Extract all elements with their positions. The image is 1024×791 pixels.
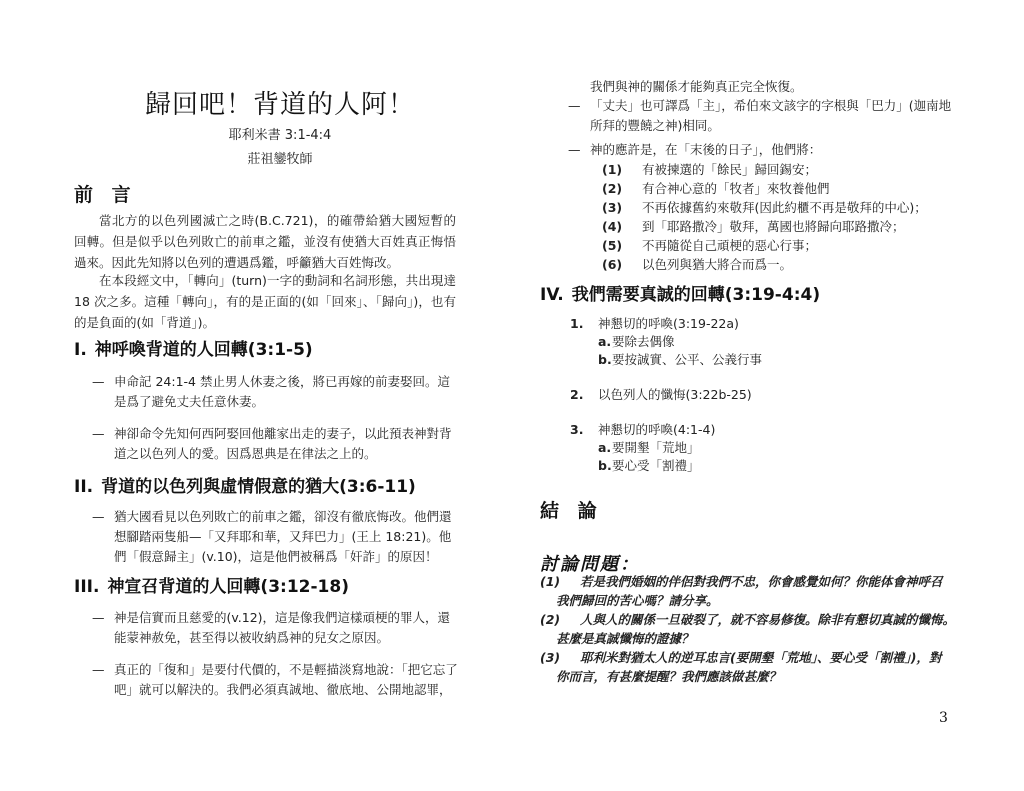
promise-item: (1)有被揀選的「餘民」歸回錫安； bbox=[602, 160, 972, 179]
discussion-questions: (1)若是我們婚姻的伴侶對我們不忠，你會感覺如何？你能体會神呼召 我們歸回的苦心… bbox=[540, 572, 960, 686]
section-1-item-1: — 申命記 24:1-4 禁止男人休妻之後，將已再嫁的前妻娶回。這是爲了避免丈夫… bbox=[92, 372, 458, 412]
section-1-number: I. bbox=[74, 340, 87, 360]
conclusion-heading: 結 論 bbox=[540, 496, 603, 523]
intro-paragraph-1: 當北方的以色列國滅亡之時(B.C.721)，的確帶給猶大國短暫的回轉。但是似乎以… bbox=[74, 210, 456, 273]
section-3-number: III. bbox=[74, 577, 99, 597]
intro-paragraph-2: 在本段經文中，「轉向」(turn)一字的動詞和名詞形態，共出現達 18 次之多。… bbox=[74, 270, 456, 333]
promise-item: (4)到「耶路撒冷」敬拜，萬國也將歸向耶路撒冷； bbox=[602, 217, 972, 236]
section-2-heading: II.背道的以色列與虛情假意的猶大(3:6-11) bbox=[74, 472, 416, 497]
dash-icon: — bbox=[92, 424, 105, 444]
page-number: 3 bbox=[939, 710, 948, 726]
section-4-point-1: 1.神懇切的呼喚(3:19-22a) a.要除去偶像 b.要按誠實、公平、公義行… bbox=[570, 314, 950, 369]
section-4-title: 我們需要真誠的回轉(3:19-4:4) bbox=[572, 285, 820, 305]
section-3-title: 神宣召背道的人回轉(3:12-18) bbox=[107, 577, 349, 597]
section-2-title: 背道的以色列與虛情假意的猶大(3:6-11) bbox=[101, 477, 416, 497]
section-1-heading: I.神呼喚背道的人回轉(3:1-5) bbox=[74, 335, 313, 360]
section-4-number: IV. bbox=[540, 285, 564, 305]
dash-icon: — bbox=[568, 96, 581, 116]
promise-item: (5)不再隨從自己頑梗的惡心行事； bbox=[602, 236, 972, 255]
right-item-2: — 神的應許是，在「末後的日子」，他們將： bbox=[568, 140, 960, 160]
promises-list: (1)有被揀選的「餘民」歸回錫安； (2)有合神心意的「牧者」來牧養他們 (3)… bbox=[602, 160, 972, 274]
promise-item: (6)以色列與猶大將合而爲一。 bbox=[602, 255, 972, 274]
section-4-point-3: 3.神懇切的呼喚(4:1-4) a.要開墾「荒地」 b.要心受「割禮」 bbox=[570, 420, 950, 475]
section-1-title: 神呼喚背道的人回轉(3:1-5) bbox=[95, 340, 313, 360]
promise-item: (2)有合神心意的「牧者」來牧養他們 bbox=[602, 179, 972, 198]
intro-heading: 前 言 bbox=[74, 180, 137, 207]
continuation-text: 我們與神的關係才能夠真正完全恢復。 bbox=[590, 76, 960, 97]
section-2-number: II. bbox=[74, 477, 93, 497]
section-4-point-2: 2.以色列人的懺悔(3:22b-25) bbox=[570, 385, 950, 404]
document-title: 歸回吧！背道的人阿！ bbox=[120, 84, 440, 121]
dash-icon: — bbox=[92, 608, 105, 628]
dash-icon: — bbox=[92, 660, 105, 680]
right-item-1: — 「丈夫」也可譯爲「主」，希伯來文該字的字根與「巴力」(迦南地所拜的豐饒之神)… bbox=[568, 96, 960, 136]
section-2-item-1: — 猶大國看見以色列敗亡的前車之鑑，卻沒有徹底悔改。他們還想腳踏兩隻船—「又拜耶… bbox=[92, 507, 458, 567]
discussion-question-2: (2)人與人的關係一旦破裂了，就不容易修復。除非有懇切真誠的懺悔。 甚麼是真誠懺… bbox=[540, 610, 960, 648]
section-3-heading: III.神宣召背道的人回轉(3:12-18) bbox=[74, 572, 349, 597]
promise-item: (3)不再依據舊約來敬拜(因此約櫃不再是敬拜的中心)； bbox=[602, 198, 972, 217]
section-3-item-1: — 神是信實而且慈愛的(v.12)，這是像我們這樣頑梗的罪人，還能蒙神赦免，甚至… bbox=[92, 608, 458, 648]
discussion-question-3: (3)耶利米對猶太人的逆耳忠言(要開墾「荒地」、要心受「割禮」)，對 你而言，有… bbox=[540, 648, 960, 686]
dash-icon: — bbox=[92, 372, 105, 392]
section-1-item-2: — 神卻命令先知何西阿娶回他離家出走的妻子，以此預表神對背道之以色列人的愛。因爲… bbox=[92, 424, 458, 464]
dash-icon: — bbox=[568, 140, 581, 160]
section-4-heading: IV.我們需要真誠的回轉(3:19-4:4) bbox=[540, 280, 820, 305]
speaker-name: 莊祖鑾牧師 bbox=[120, 148, 440, 167]
scripture-reference: 耶利米書 3:1-4:4 bbox=[120, 124, 440, 143]
section-3-item-2: — 真正的「復和」是要付代價的，不是輕描淡寫地說：「把它忘了吧」就可以解決的。我… bbox=[92, 660, 458, 700]
dash-icon: — bbox=[92, 507, 105, 527]
discussion-question-1: (1)若是我們婚姻的伴侶對我們不忠，你會感覺如何？你能体會神呼召 我們歸回的苦心… bbox=[540, 572, 960, 610]
